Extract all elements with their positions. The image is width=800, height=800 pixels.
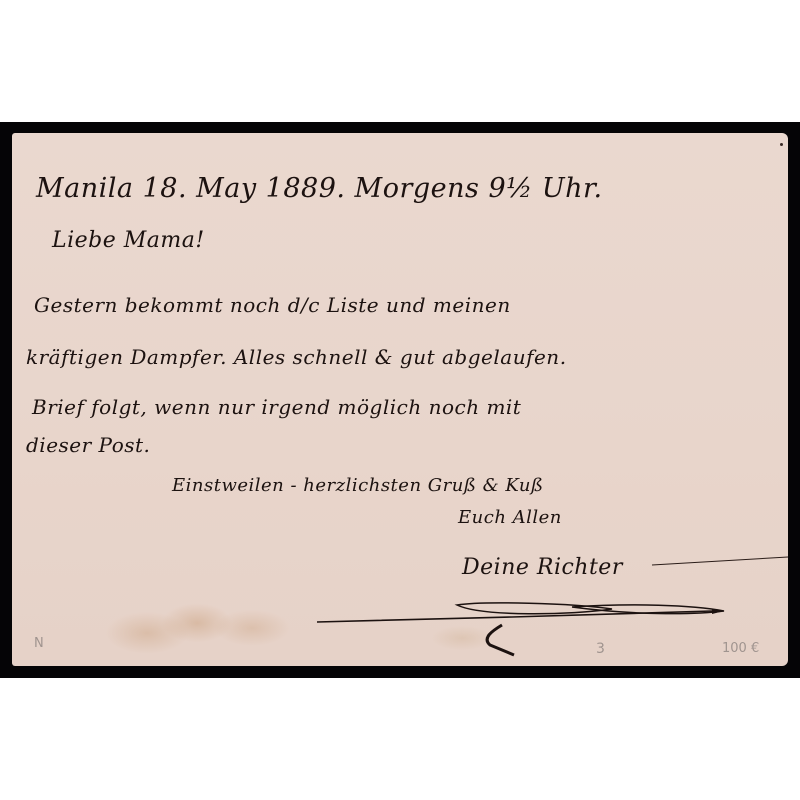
pencil-note-left: N (34, 636, 44, 651)
postcard: Manila 18. May 1889. Morgens 9½ Uhr. Lie… (12, 133, 788, 666)
pencil-note-page-number: 3 (596, 641, 605, 657)
signature-flourish (12, 133, 788, 666)
pencil-note-price: 100 € (722, 641, 759, 656)
